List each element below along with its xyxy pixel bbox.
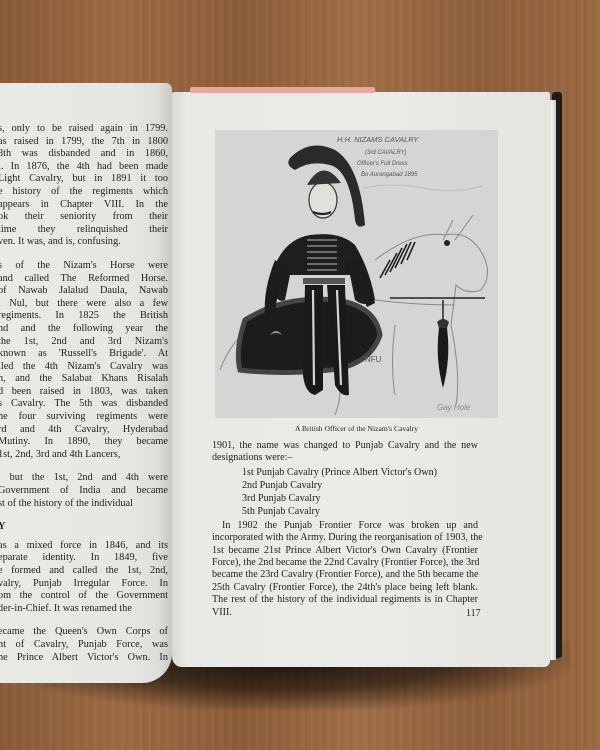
text-line: 1st became 21st Prince Albert Victor's O…: [212, 545, 478, 557]
text-line: designations were:–: [212, 452, 478, 464]
inscription-line-2: (3rd CAVALRY): [365, 150, 406, 156]
text-line: n, and the Salabat Khans Risalah: [0, 373, 168, 386]
text-line: appears in Chapter VIII. In the: [0, 199, 168, 212]
text-line: known as 'Russell's Brigade'. At: [0, 348, 168, 361]
inscription-line-4: Bo Aurangabad 1895: [361, 172, 418, 178]
text-line: der-in-Chief. It was renamed the: [0, 603, 168, 616]
text-line: lled the 4th Nizam's Cavalry was: [0, 361, 168, 374]
left-paragraph-4: as a mixed force in 1846, and its eparat…: [0, 540, 168, 616]
pink-page-edge: [190, 87, 375, 93]
text-line: In 1902 the Punjab Frontier Force was br…: [212, 520, 478, 532]
text-line: 1st, 2nd, 3rd and 4th Lancers,: [0, 449, 168, 462]
text-line: ok their seniority from their: [0, 211, 168, 224]
text-line: eparate identity. In 1849, five: [0, 552, 168, 565]
inscription-line-1: H.H. NIZAMS CAVALRY: [337, 135, 419, 144]
text-line: l. In 1876, the 4th had been made: [0, 161, 168, 174]
text-line: as raised in 1799, the 7th in 1800: [0, 136, 168, 149]
left-page: s, only to be raised again in 1799. as r…: [0, 83, 172, 683]
text-line: 8th was disbanded and in 1860,: [0, 148, 168, 161]
text-line: incorporated with the Army. During the r…: [212, 532, 478, 544]
saddle-mark: NFU: [365, 355, 382, 364]
text-line: s Cavalry. The 5th was disbanded: [0, 398, 168, 411]
text-line: as a mixed force in 1846, and its: [0, 540, 168, 553]
page-number: 117: [466, 608, 481, 619]
section-heading: Y: [0, 521, 168, 534]
left-paragraph-5: ecame the Queen's Own Corps of nt of Cav…: [0, 626, 168, 664]
cavalry-officer-illustration: H.H. NIZAMS CAVALRY (3rd CAVALRY) Office…: [215, 130, 498, 418]
text-line: regiments. In 1825 the British: [0, 310, 168, 323]
illustration-caption: A British Officer of the Nizam's Cavalry: [215, 424, 498, 433]
text-line: valry, Punjab Irregular Force. In: [0, 578, 168, 591]
text-line: e history of the regiments which: [0, 186, 168, 199]
designation-list: 1st Punjab Cavalry (Prince Albert Victor…: [212, 466, 478, 518]
text-line: 1901, the name was changed to Punjab Cav…: [212, 440, 478, 452]
artist-signature: Gay Hole: [437, 403, 471, 412]
left-paragraph-3: , but the 1st, 2nd and 4th were Governme…: [0, 472, 168, 510]
left-paragraph-1: s, only to be raised again in 1799. as r…: [0, 123, 168, 249]
text-line: Force), the 2nd became the 22nd Cavalry …: [212, 557, 478, 569]
text-line: ne four surviving regiments were: [0, 411, 168, 424]
text-line: VIII.: [212, 607, 478, 619]
text-line: ven. It was, and is, confusing.: [0, 236, 168, 249]
closing-paragraph: In 1902 the Punjab Frontier Force was br…: [212, 520, 478, 619]
inscription-line-3: Officer's Full Dress: [357, 161, 407, 167]
text-line: e formed and called the 1st, 2nd,: [0, 565, 168, 578]
text-line: of Nawab Jalalud Daula, Nawab: [0, 285, 168, 298]
text-line: Government of India and became: [0, 485, 168, 498]
text-line: d been raised in 1803, was taken: [0, 386, 168, 399]
officer-sketch-icon: H.H. NIZAMS CAVALRY (3rd CAVALRY) Office…: [215, 130, 498, 418]
text-line: The rest of the history of the individua…: [212, 594, 478, 606]
right-page-text: 1901, the name was changed to Punjab Cav…: [212, 440, 478, 619]
text-line: nd and the following year the: [0, 323, 168, 336]
text-line: s, only to be raised again in 1799.: [0, 123, 168, 136]
text-line: , but the 1st, 2nd and 4th were: [0, 472, 168, 485]
designation-item: 3rd Punjab Cavalry: [242, 492, 478, 505]
text-line: and called The Reformed Horse.: [0, 273, 168, 286]
left-page-text: s, only to be raised again in 1799. as r…: [0, 123, 168, 675]
text-line: Mutiny. In 1890, they became: [0, 436, 168, 449]
text-line: ecame the Queen's Own Corps of: [0, 626, 168, 639]
text-line: st of the history of the individual: [0, 498, 168, 511]
text-line: 25th Cavalry (Frontier Force), the 24th'…: [212, 582, 478, 594]
text-line: Light Cavalry, but in 1891 it too: [0, 173, 168, 186]
designation-item: 5th Punjab Cavalry: [242, 505, 478, 518]
text-line: om the control of the Government: [0, 590, 168, 603]
text-line: i Nul, but there were also a few: [0, 298, 168, 311]
text-line: time they relinquished their: [0, 224, 168, 237]
text-line: he Prince Albert Victor's Own. In: [0, 652, 168, 665]
left-paragraph-2: s of the Nizam's Horse were and called T…: [0, 260, 168, 462]
text-line: nt of Cavalry, Punjab Force, was: [0, 639, 168, 652]
text-line: s of the Nizam's Horse were: [0, 260, 168, 273]
designation-item: 1st Punjab Cavalry (Prince Albert Victor…: [242, 466, 478, 479]
designation-item: 2nd Punjab Cavalry: [242, 479, 478, 492]
text-line: rd and 4th Cavalry, Hyderabad: [0, 424, 168, 437]
text-line: the 1st, 2nd and 3rd Nizam's: [0, 336, 168, 349]
text-line: became the 23rd Cavalry (Frontier Force)…: [212, 569, 478, 581]
